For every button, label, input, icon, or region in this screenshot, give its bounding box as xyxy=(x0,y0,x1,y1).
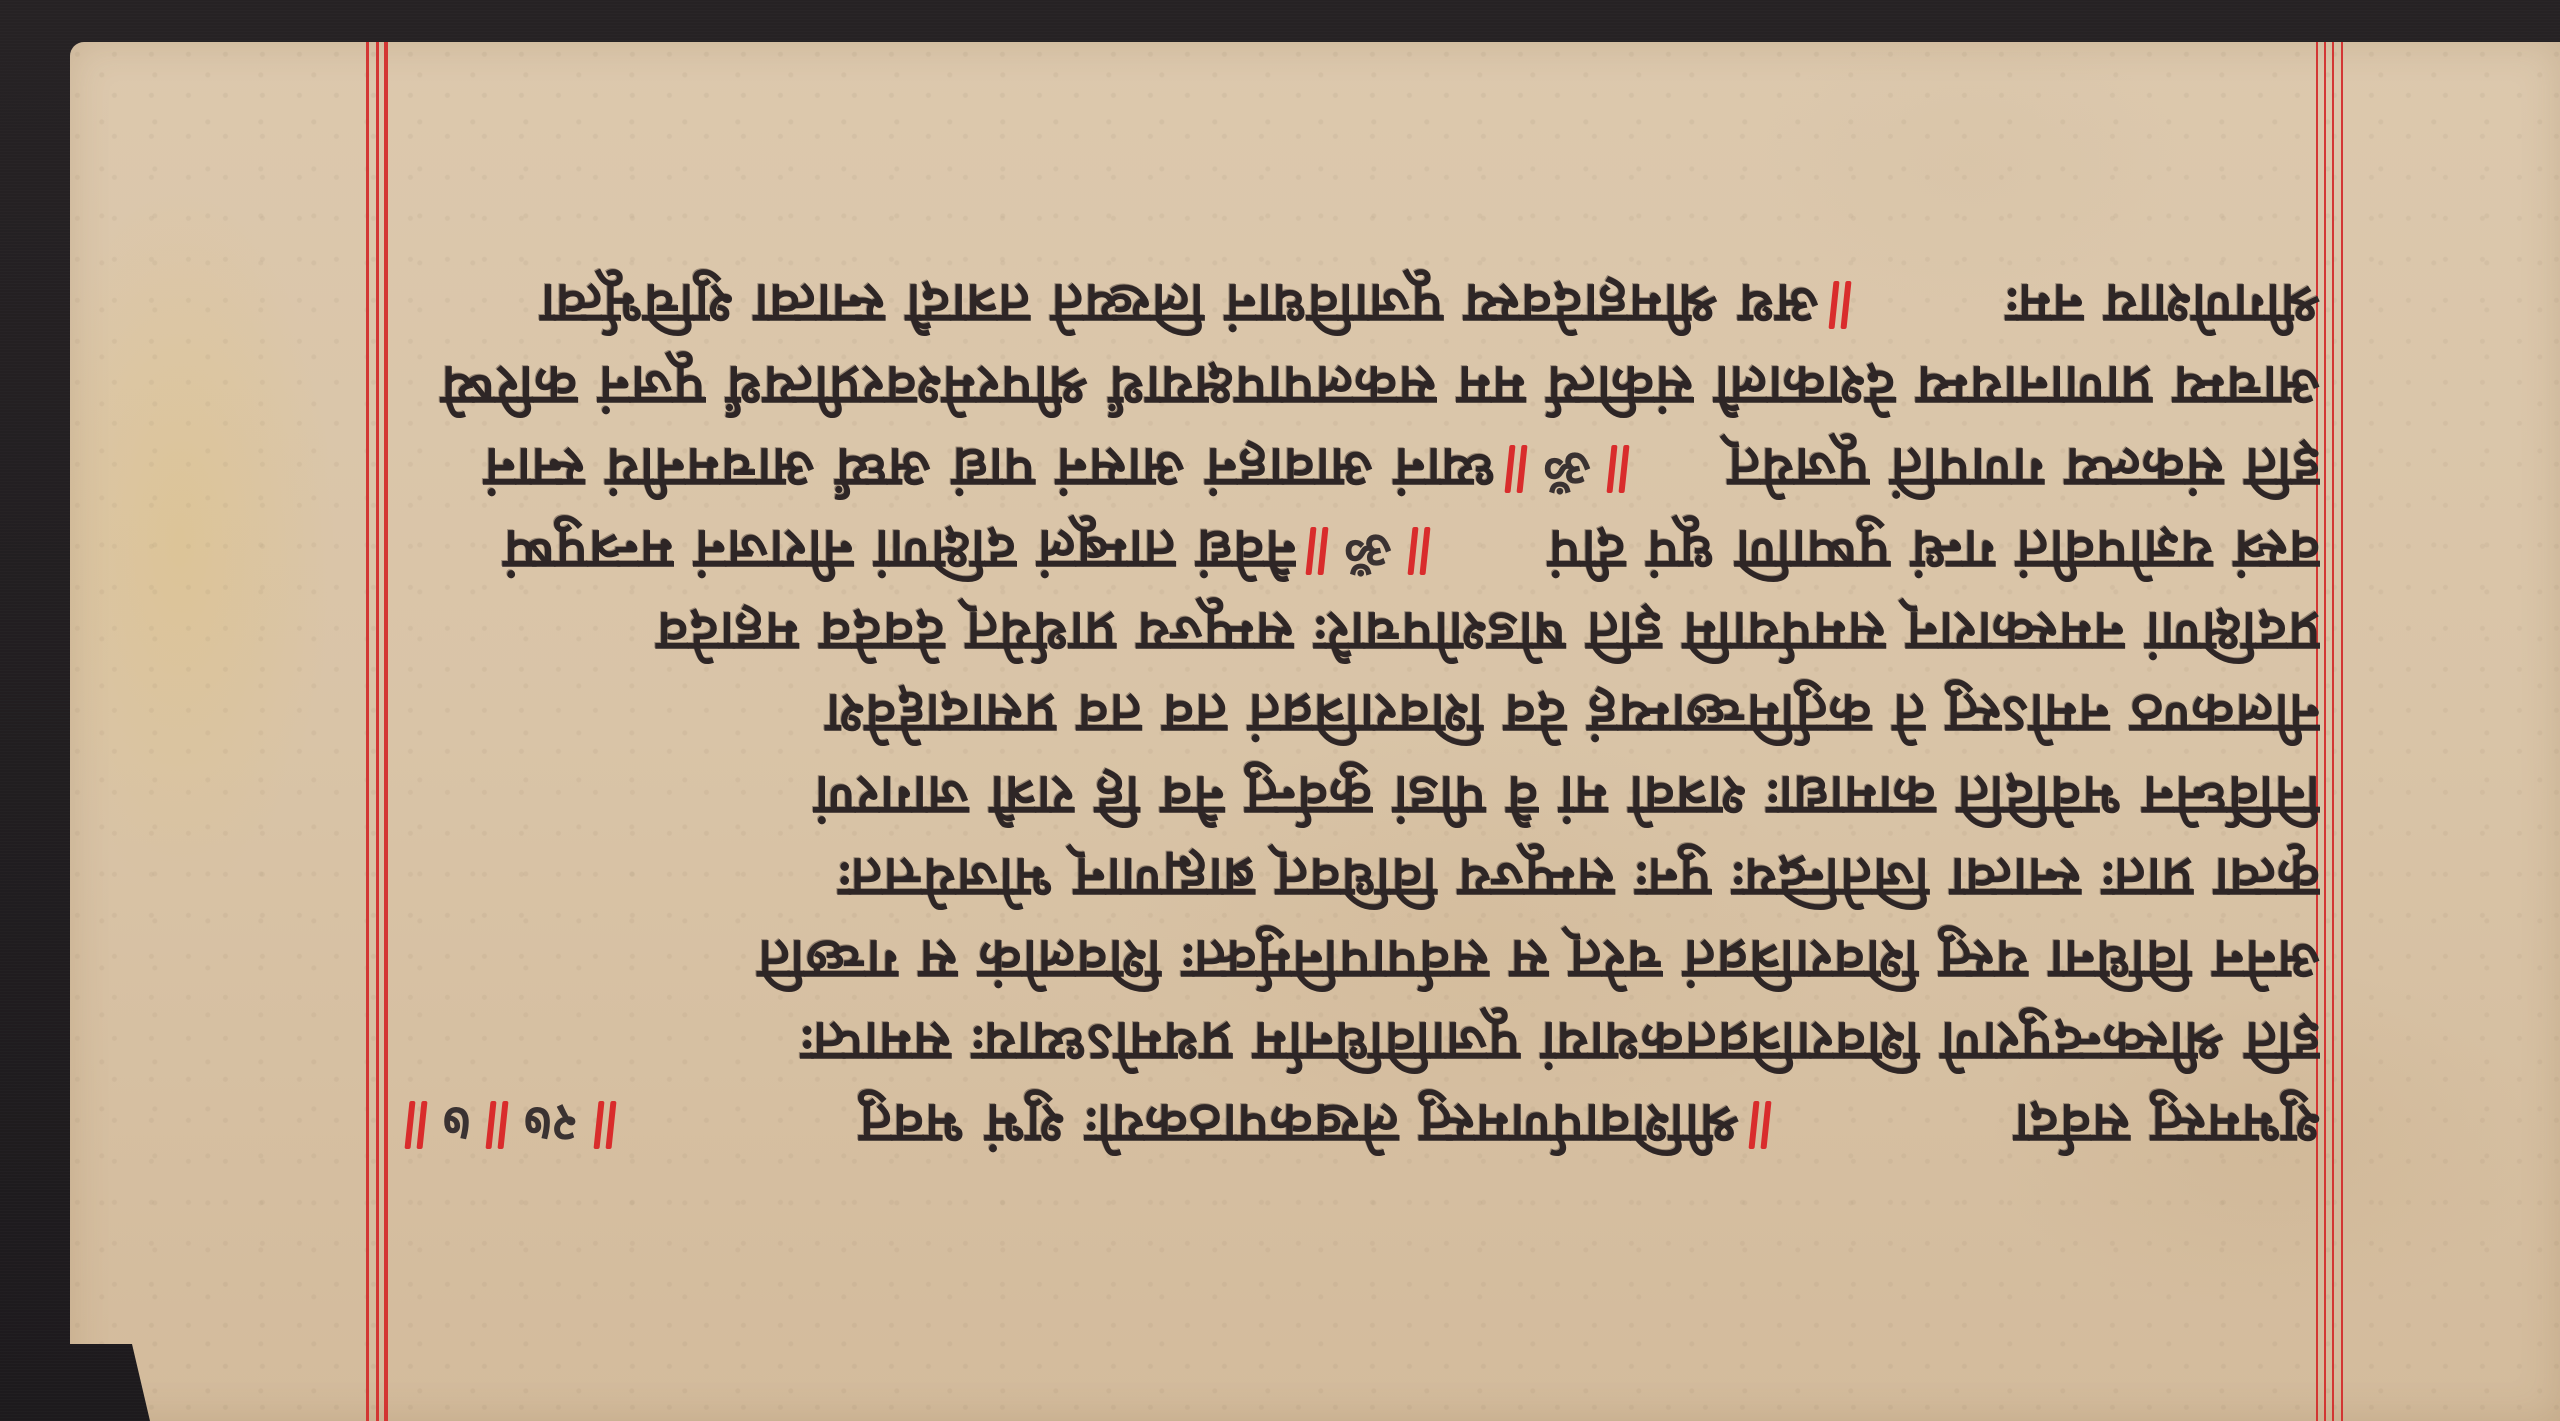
manuscript-line: अनेन विधिना यस्तु शिवरात्रिव्रतं चरेत् स… xyxy=(395,921,2320,1003)
manuscript-line: इति श्रीस्कन्दपुराणे शिवरात्रिव्रतकथायां… xyxy=(395,1003,2320,1085)
manuscript-text-segment: निर्विघ्नेन भवेदिति कामाद्याः शत्रवो मां… xyxy=(395,760,2320,836)
manuscript-line: शुभमस्तु सर्वदाश्रीशिवार्पणमस्तु लेखकपाठ… xyxy=(395,1085,2320,1167)
red-double-danda xyxy=(405,1097,427,1155)
red-double-danda xyxy=(1306,523,1328,581)
folio-numeral: ७ xyxy=(443,1091,470,1162)
manuscript-text-segment: नीलकण्ठ नमोऽस्तु ते कर्तुमिच्छाम्यहं देव… xyxy=(395,678,2320,754)
manuscript-line: वस्त्रं यज्ञोपवीतं गन्धं पुष्पाणि धूपं द… xyxy=(395,511,2320,593)
manuscript-text-segment: प्रदक्षिणां नमस्कारान् समर्पयामि इति षोड… xyxy=(395,596,2320,672)
manuscript-text-segment: नैवेद्यं ताम्बूलं दक्षिणां नीराजनं मन्त्… xyxy=(395,514,1296,590)
red-double-danda xyxy=(1505,441,1527,499)
manuscript-text-segment: ध्यानं आवाहनं आसनं पाद्यं अर्घ्यं आचमनीय… xyxy=(395,432,1495,508)
manuscript-line: नीलकण्ठ नमोऽस्तु ते कर्तुमिच्छाम्यहं देव… xyxy=(395,675,2320,757)
right-margin-rule xyxy=(2324,42,2326,1421)
manuscript-text-segment: वस्त्रं यज्ञोपवीतं गन्धं पुष्पाणि धूपं द… xyxy=(1440,514,2320,590)
left-margin-rule xyxy=(384,42,388,1421)
manuscript-line: प्रदक्षिणां नमस्कारान् समर्पयामि इति षोड… xyxy=(395,593,2320,675)
om-symbol: ॐ xyxy=(1543,435,1590,506)
manuscript-line: इति संकल्प्य गणपतिं पूजयेत्ॐध्यानं आवाहन… xyxy=(395,429,2320,511)
right-margin-rule xyxy=(2341,42,2343,1421)
left-margin-rule xyxy=(376,42,379,1421)
red-double-danda xyxy=(1829,277,1851,335)
folio-numeral: २७ xyxy=(524,1091,578,1162)
red-double-danda xyxy=(594,1097,616,1155)
manuscript-text-segment: कृत्वा प्रातः स्नात्वा जितेन्द्रियः पुनः… xyxy=(395,842,2320,918)
manuscript-line: निर्विघ्नेन भवेदिति कामाद्याः शत्रवो मां… xyxy=(395,757,2320,839)
red-double-danda xyxy=(1749,1097,1771,1155)
manuscript-text-segment: अनेन विधिना यस्तु शिवरात्रिव्रतं चरेत् स… xyxy=(395,924,2320,1000)
manuscript-text-block: श्रीगणेशाय नमःअथ श्रीमहादेवस्य पूजाविधान… xyxy=(395,265,2320,1167)
left-margin-rule xyxy=(366,42,369,1421)
manuscript-line: आचम्य प्राणानायम्य देशकालौ संकीर्त्य मम … xyxy=(395,347,2320,429)
om-symbol: ॐ xyxy=(1344,517,1391,588)
manuscript-text-segment: श्रीगणेशाय नमः xyxy=(1861,268,2320,344)
manuscript-text-segment: इति श्रीस्कन्दपुराणे शिवरात्रिव्रतकथायां… xyxy=(395,1006,2320,1082)
manuscript-text-segment: शुभमस्तु सर्वदा xyxy=(1781,1088,2320,1164)
manuscript-line: कृत्वा प्रातः स्नात्वा जितेन्द्रियः पुनः… xyxy=(395,839,2320,921)
red-double-danda xyxy=(486,1097,508,1155)
manuscript-text-segment: श्रीशिवार्पणमस्तु लेखकपाठकयोः शुभं भवतु xyxy=(626,1088,1739,1164)
manuscript-text-segment: अथ श्रीमहादेवस्य पूजाविधानं लिख्यते तत्र… xyxy=(395,268,1819,344)
right-margin-rule xyxy=(2332,42,2334,1421)
manuscript-line: श्रीगणेशाय नमःअथ श्रीमहादेवस्य पूजाविधान… xyxy=(395,265,2320,347)
red-double-danda xyxy=(1408,523,1430,581)
manuscript-text-segment: इति संकल्प्य गणपतिं पूजयेत् xyxy=(1639,432,2320,508)
red-double-danda xyxy=(1607,441,1629,499)
manuscript-text-segment: आचम्य प्राणानायम्य देशकालौ संकीर्त्य मम … xyxy=(395,350,2320,426)
